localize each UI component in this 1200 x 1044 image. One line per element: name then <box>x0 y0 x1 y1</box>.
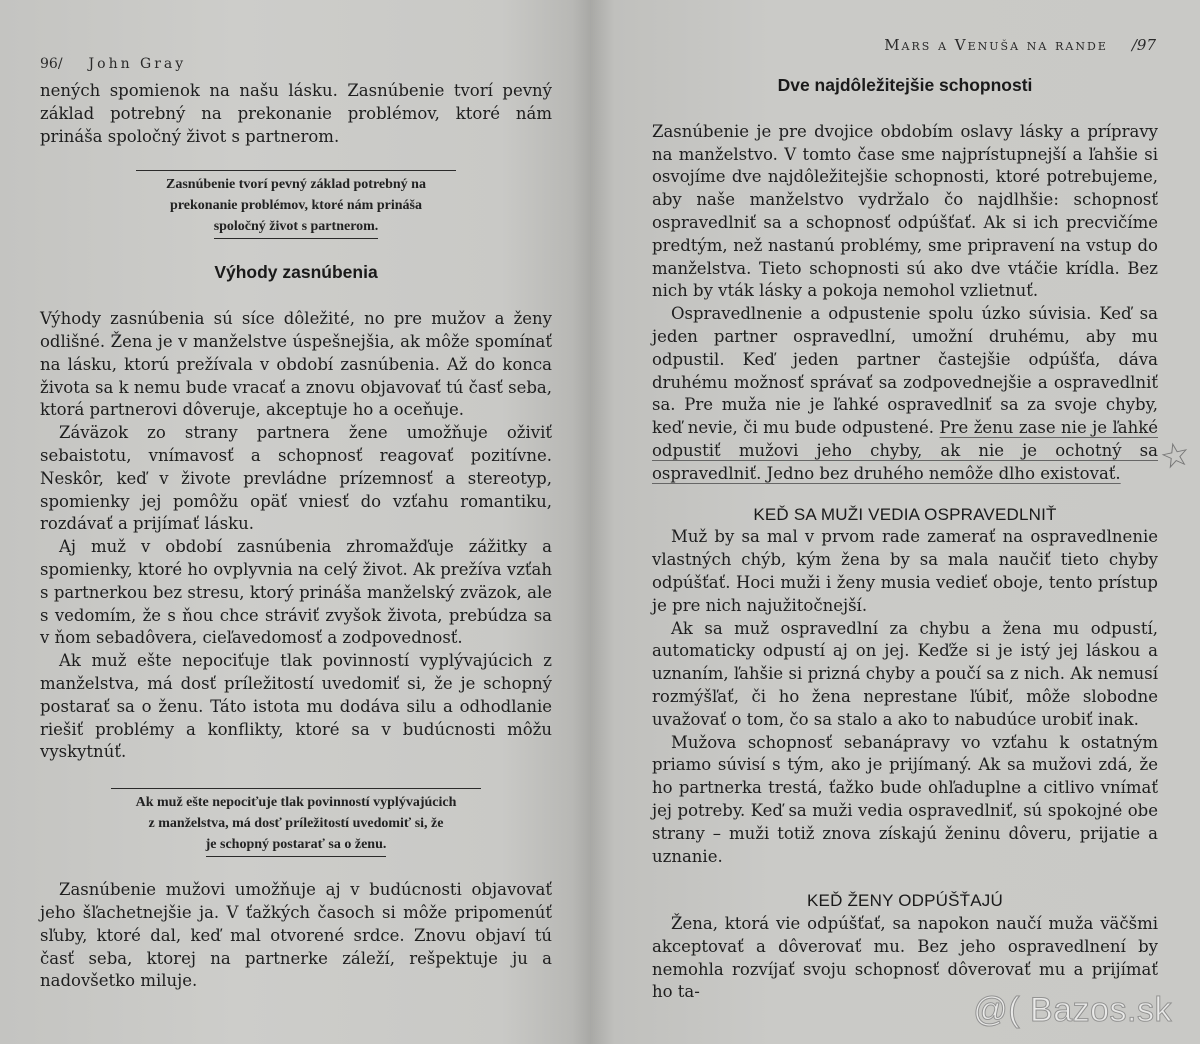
pull-quote-line: je schopný postarať sa o ženu. <box>206 834 387 857</box>
pull-quote-line: z manželstva, má dosť príležitostí uvedo… <box>111 813 481 834</box>
pull-quote-line: prekonanie problémov, ktoré nám prináša <box>136 195 456 216</box>
body-paragraph: Záväzok zo strany partnera žene umožňuje… <box>40 422 552 536</box>
left-running-head: 96/John Gray <box>40 56 186 72</box>
body-paragraph: Aj muž v období zasnúbenia zhromažďuje z… <box>40 536 552 650</box>
body-paragraph: Ak sa muž ospravedlní za chybu a žena mu… <box>652 618 1158 732</box>
body-paragraph: Mužova schopnosť sebanápravy vo vzťahu k… <box>652 732 1158 869</box>
body-paragraph: Zasnúbenie mužovi umožňuje aj v budúcnos… <box>40 879 552 993</box>
right-page: Mars a Venuša na rande/97 Dve najdôležit… <box>590 0 1200 1044</box>
chapter-heading: Dve najdôležitejšie schopnosti <box>652 74 1158 97</box>
body-paragraph: Muž by sa mal v prvom rade zamerať na os… <box>652 526 1158 617</box>
body-paragraph: Ak muž ešte nepociťuje tlak povinností v… <box>40 650 552 764</box>
subheading: KEĎ ŽENY ODPÚŠŤAJÚ <box>652 890 1158 913</box>
right-page-body: Dve najdôležitejšie schopnosti Zasnúbeni… <box>652 74 1158 1004</box>
body-paragraph: Výhody zasnúbenia sú síce dôležité, no p… <box>40 308 552 422</box>
author-name: John Gray <box>89 56 187 72</box>
book-title: Mars a Venuša na rande <box>884 36 1108 54</box>
body-paragraph-with-underline: Ospravedlnenie a odpustenie spolu úzko s… <box>652 303 1158 485</box>
body-paragraph: Zasnúbenie je pre dvojice obdobím oslavy… <box>652 121 1158 303</box>
section-heading: Výhody zasnúbenia <box>40 261 552 284</box>
page-number-right: /97 <box>1132 36 1156 54</box>
pull-quote-line: spoločný život s partnerom. <box>214 216 379 239</box>
subheading: KEĎ SA MUŽI VEDIA OSPRAVEDLNIŤ <box>652 504 1158 527</box>
left-page-body: nených spomienok na našu lásku. Zasnúben… <box>40 80 552 993</box>
pull-quote-1: Zasnúbenie tvorí pevný základ potrebný n… <box>136 170 456 239</box>
pull-quote-2: Ak muž ešte nepociťuje tlak povinností v… <box>111 788 481 857</box>
pull-quote-line: Ak muž ešte nepociťuje tlak povinností v… <box>111 792 481 813</box>
continuation-paragraph: nených spomienok na našu lásku. Zasnúben… <box>40 80 552 148</box>
pull-quote-line: Zasnúbenie tvorí pevný základ potrebný n… <box>136 174 456 195</box>
right-running-head: Mars a Venuša na rande/97 <box>884 36 1156 54</box>
watermark: @( Bazos.sk <box>973 991 1172 1030</box>
page-number-left: 96/ <box>40 56 63 72</box>
left-page: 96/John Gray nených spomienok na našu lá… <box>0 0 590 1044</box>
